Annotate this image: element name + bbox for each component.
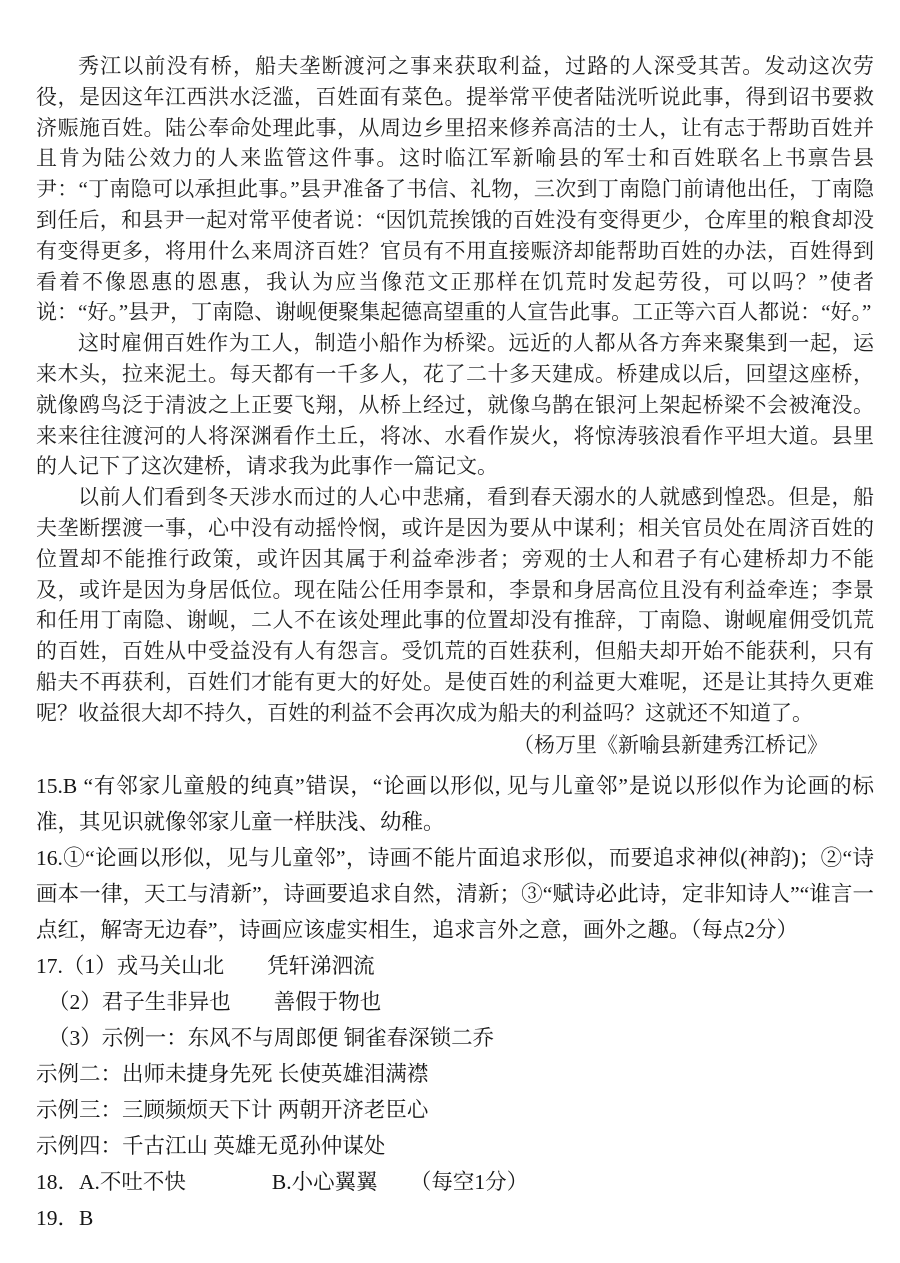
answer-question-15: 15.B “有邻家儿童般的纯真”错误，“论画以形似, 见与儿童邻”是说以形似作为… bbox=[36, 768, 874, 840]
translation-paragraph-1: 秀江以前没有桥，船夫垄断渡河之事来获取利益，过路的人深受其苦。发动这次劳役，是因… bbox=[36, 51, 874, 328]
answer-question-17-blank-3-example-1: （3）示例一：东风不与周郎便 铜雀春深锁二乔 bbox=[36, 1020, 874, 1056]
answer-question-17-blank-2: （2）君子生非异也 善假于物也 bbox=[36, 984, 874, 1020]
translation-passage: 秀江以前没有桥，船夫垄断渡河之事来获取利益，过路的人深受其苦。发动这次劳役，是因… bbox=[36, 51, 874, 762]
source-attribution: （杨万里《新喻县新建秀江桥记》 bbox=[36, 729, 874, 762]
answers-section: 15.B “有邻家儿童般的纯真”错误，“论画以形似, 见与儿童邻”是说以形似作为… bbox=[36, 768, 874, 1236]
translation-paragraph-3: 以前人们看到冬天涉水而过的人心中悲痛，看到春天溺水的人就感到惶恐。但是，船夫垄断… bbox=[36, 482, 874, 728]
answer-question-17-blank-3-example-2: 示例二：出师未捷身先死 长使英雄泪满襟 bbox=[36, 1056, 874, 1092]
answer-key-page: 秀江以前没有桥，船夫垄断渡河之事来获取利益，过路的人深受其苦。发动这次劳役，是因… bbox=[0, 0, 900, 1263]
answer-question-19: 19．B bbox=[36, 1200, 874, 1236]
answer-question-17-blank-1: 17.（1）戎马关山北 凭轩涕泗流 bbox=[36, 948, 874, 984]
translation-paragraph-2: 这时雇佣百姓作为工人，制造小船作为桥梁。远近的人都从各方奔来聚集到一起，运来木头… bbox=[36, 328, 874, 482]
answer-question-17-blank-3-example-4: 示例四：千古江山 英雄无觅孙仲谋处 bbox=[36, 1128, 874, 1164]
answer-question-18: 18．A.不吐不快 B.小心翼翼 （每空1分） bbox=[36, 1164, 874, 1200]
answer-question-17-blank-3-example-3: 示例三：三顾频烦天下计 两朝开济老臣心 bbox=[36, 1092, 874, 1128]
answer-question-16: 16.①“论画以形似，见与儿童邻”，诗画不能片面追求形似，而要追求神似(神韵)；… bbox=[36, 840, 874, 948]
